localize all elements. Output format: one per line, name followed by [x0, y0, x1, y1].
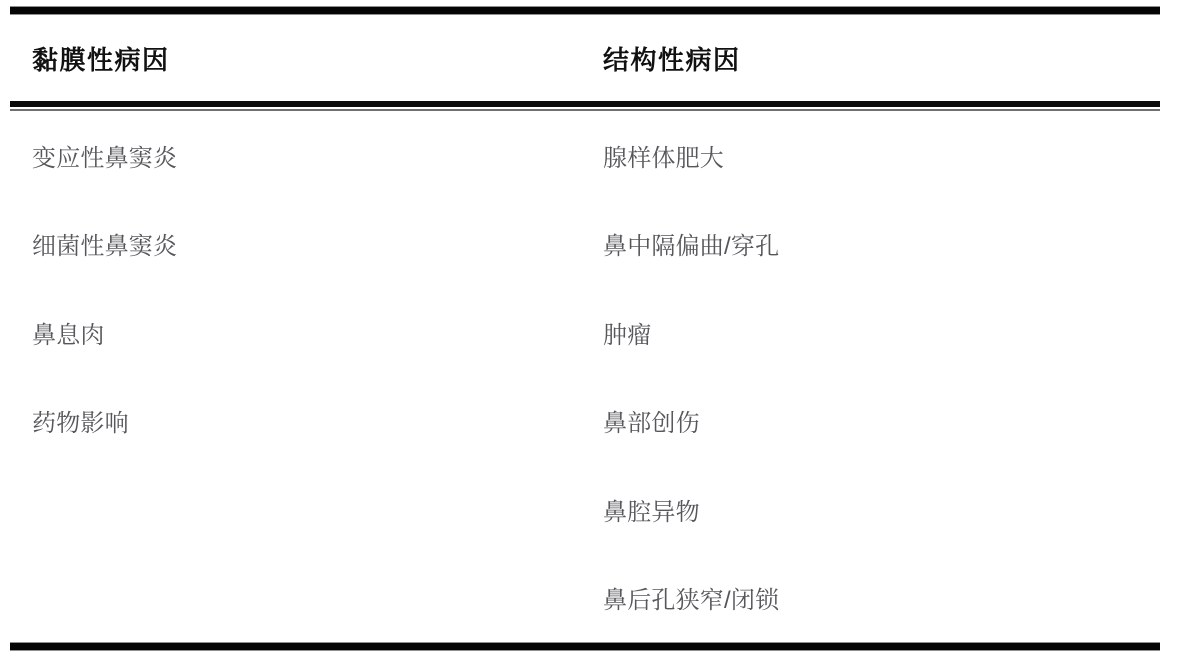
- table-top-rule: [10, 6, 1160, 15]
- causes-table: 黏膜性病因 结构性病因 变应性鼻窦炎 腺样体肥大 细菌性鼻窦炎 鼻中隔偏曲/穿孔…: [10, 6, 1160, 651]
- cell-structural-cause: 鼻部创伤: [585, 403, 1160, 438]
- table-header-row: 黏膜性病因 结构性病因: [10, 15, 1160, 101]
- cell-structural-cause: 鼻后孔狭窄/闭锁: [585, 580, 1160, 615]
- table-row: 变应性鼻窦炎 腺样体肥大: [10, 111, 1160, 200]
- cell-structural-cause: 鼻腔异物: [585, 492, 1160, 527]
- document-page: 黏膜性病因 结构性病因 变应性鼻窦炎 腺样体肥大 细菌性鼻窦炎 鼻中隔偏曲/穿孔…: [0, 0, 1180, 659]
- header-mucosal-causes: 黏膜性病因: [10, 40, 585, 77]
- cell-mucosal-cause: 药物影响: [10, 403, 585, 438]
- table-row: 药物影响 鼻部创伤: [10, 377, 1160, 466]
- cell-mucosal-cause: 细菌性鼻窦炎: [10, 226, 585, 261]
- cell-mucosal-cause: 变应性鼻窦炎: [10, 138, 585, 173]
- cell-structural-cause: 腺样体肥大: [585, 138, 1160, 173]
- header-structural-causes: 结构性病因: [585, 40, 1160, 77]
- table-row: 鼻后孔狭窄/闭锁: [10, 554, 1160, 643]
- cell-structural-cause: 鼻中隔偏曲/穿孔: [585, 226, 1160, 261]
- table-row: 鼻息肉 肿瘤: [10, 288, 1160, 377]
- table-bottom-rule: [10, 642, 1160, 651]
- cell-mucosal-cause: 鼻息肉: [10, 315, 585, 350]
- table-row: 细菌性鼻窦炎 鼻中隔偏曲/穿孔: [10, 200, 1160, 289]
- cell-structural-cause: 肿瘤: [585, 315, 1160, 350]
- table-row: 鼻腔异物: [10, 465, 1160, 554]
